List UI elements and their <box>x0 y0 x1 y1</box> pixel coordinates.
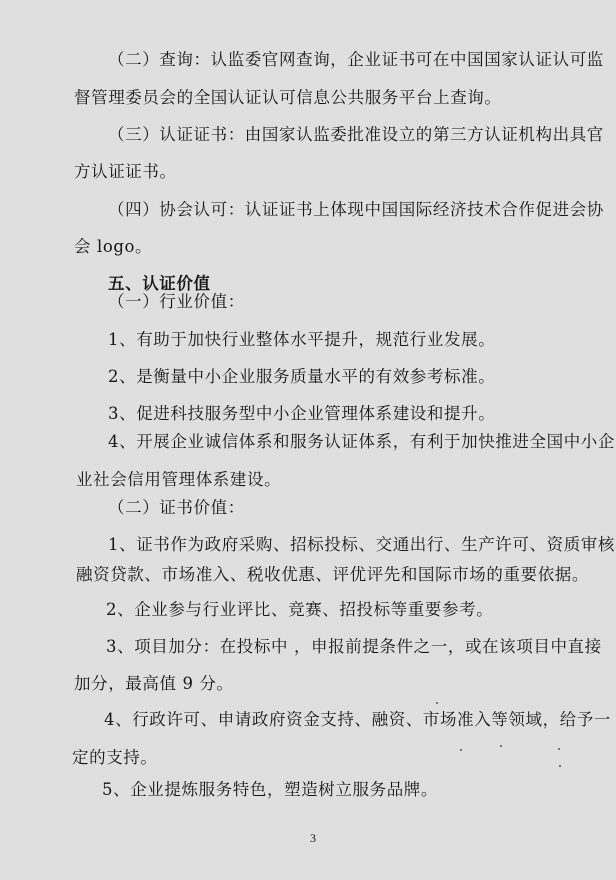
document-page: （二）查询：认监委官网查询，企业证书可在中国国家认证认可监督管理委员会的全国认证… <box>0 0 616 880</box>
page-number: 3 <box>310 831 316 846</box>
text-line: 会 logo。 <box>74 237 152 257</box>
text-line: 1、有助于加快行业整体水平提升，规范行业发展。 <box>108 330 495 350</box>
scan-speck <box>436 702 438 704</box>
text-line: 4、开展企业诚信体系和服务认证体系，有利于加快推进全国中小企 <box>108 432 615 452</box>
text-line: 3、项目加分：在投标中 ，申报前提条件之一，或在该项目中直接 <box>106 637 602 657</box>
scan-speck <box>460 749 462 751</box>
text-line: 定的支持。 <box>72 748 158 768</box>
text-line: （四）协会认可：认证证书上体现中国国际经济技术合作促进会协 <box>108 200 604 220</box>
text-line: （二）查询：认监委官网查询，企业证书可在中国国家认证认可监 <box>108 50 604 70</box>
text-line: 融资贷款、市场准入、税收优惠、评优评先和国际市场的重要依据。 <box>76 565 589 585</box>
text-line: 2、企业参与行业评比、竞赛、招投标等重要参考。 <box>106 600 493 620</box>
text-line: 加分，最高值 9 分。 <box>74 674 234 694</box>
text-line: 4、行政许可、申请政府资金支持、融资、市场准入等领域，给予一 <box>104 710 611 730</box>
text-line: （二）证书价值： <box>108 498 245 518</box>
text-line: （三）认证证书：由国家认监委批准设立的第三方认证机构出具官 <box>108 125 604 145</box>
text-line: 督管理委员会的全国认证认可信息公共服务平台上查询。 <box>74 88 502 108</box>
text-line: 1、证书作为政府采购、招标投标、交通出行、生产许可、资质审核、 <box>108 535 616 555</box>
text-line: 业社会信用管理体系建设。 <box>76 470 281 490</box>
text-line: 3、促进科技服务型中小企业管理体系建设和提升。 <box>108 404 495 424</box>
section-heading: 五、认证价值 <box>108 274 211 294</box>
scan-speck <box>558 748 560 750</box>
text-line: 2、是衡量中小企业服务质量水平的有效参考标准。 <box>108 367 495 387</box>
text-line: 5、企业提炼服务特色，塑造树立服务品牌。 <box>102 780 438 800</box>
text-line: （一）行业价值： <box>108 292 245 312</box>
scan-speck <box>500 745 502 747</box>
text-line: 方认证证书。 <box>74 162 177 182</box>
scan-speck <box>559 765 561 767</box>
